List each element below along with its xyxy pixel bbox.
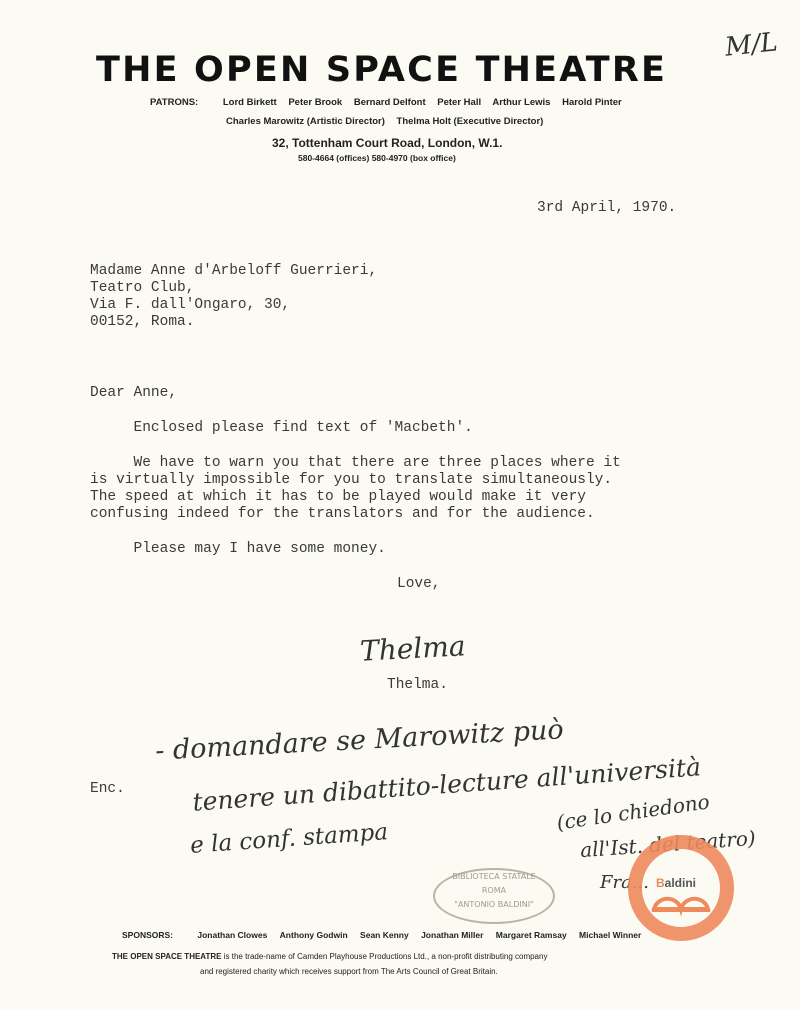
handwritten-note-line: - domandare se Marowitz può	[154, 714, 564, 766]
patron-name: Peter Hall	[437, 97, 481, 108]
sponsor-name: Sean Kenny	[360, 930, 409, 940]
handwritten-note-line: e la conf. stampa	[189, 819, 389, 859]
handwritten-aside: (ce lo chiedono	[555, 789, 711, 834]
letter-date: 3rd April, 1970.	[537, 200, 676, 217]
logo-text: Baldini	[656, 876, 696, 890]
recipient-line: Madame Anne d'Arbeloff Guerrieri,	[90, 263, 377, 280]
library-stamp: BIBLIOTECA STATALE ROMA "ANTONIO BALDINI…	[433, 868, 555, 924]
sponsor-name: Michael Winner	[579, 930, 641, 940]
stamp-line: BIBLIOTECA STATALE	[435, 870, 553, 884]
sponsor-name: Jonathan Clowes	[197, 930, 267, 940]
paragraph-warning: We have to warn you that there are three…	[90, 455, 621, 523]
patrons-line: PATRONS: Lord Birkett Peter Brook Bernar…	[150, 97, 631, 108]
sponsor-name: Anthony Godwin	[280, 930, 348, 940]
theatre-address: 32, Tottenham Court Road, London, W.1.	[272, 136, 502, 150]
recipient-line: 00152, Roma.	[90, 314, 377, 331]
sponsor-name: Margaret Ramsay	[496, 930, 567, 940]
patron-name: Arthur Lewis	[492, 97, 550, 108]
sponsors-line: SPONSORS: Jonathan Clowes Anthony Godwin…	[122, 930, 651, 940]
stamp-line: "ANTONIO BALDINI"	[435, 898, 553, 912]
recipient-line: Teatro Club,	[90, 280, 377, 297]
sponsors-label: SPONSORS:	[122, 930, 173, 940]
theatre-phones: 580-4664 (offices) 580-4970 (box office)	[298, 153, 456, 163]
signed-name: Thelma.	[387, 677, 448, 694]
stamp-line: ROMA	[435, 884, 553, 898]
charity-note: and registered charity which receives su…	[200, 967, 498, 976]
patron-name: Lord Birkett	[223, 97, 277, 108]
corner-annotation: M/L	[724, 27, 780, 62]
patron-name: Harold Pinter	[562, 97, 622, 108]
recipient-line: Via F. dall'Ongaro, 30,	[90, 297, 377, 314]
patron-name: Peter Brook	[288, 97, 342, 108]
patrons-label: PATRONS:	[150, 97, 198, 108]
recipient-address: Madame Anne d'Arbeloff Guerrieri,Teatro …	[90, 263, 377, 331]
artistic-director: Charles Marowitz (Artistic Director)	[226, 116, 385, 127]
handwritten-signature: Thelma	[359, 629, 466, 667]
letterhead-title: THE OPEN SPACE THEATRE	[96, 50, 708, 90]
paragraph-money: Please may I have some money.	[90, 541, 386, 558]
directors-line: Charles Marowitz (Artistic Director) The…	[226, 116, 552, 127]
trade-name-note: THE OPEN SPACE THEATRE is the trade-name…	[112, 952, 547, 961]
executive-director: Thelma Holt (Executive Director)	[397, 116, 544, 127]
enclosure-mark: Enc.	[90, 781, 125, 798]
salutation: Dear Anne,	[90, 385, 177, 402]
patron-name: Bernard Delfont	[354, 97, 426, 108]
closing: Love,	[397, 576, 441, 593]
paragraph-enclosed: Enclosed please find text of 'Macbeth'.	[90, 420, 473, 437]
sponsor-name: Jonathan Miller	[421, 930, 483, 940]
